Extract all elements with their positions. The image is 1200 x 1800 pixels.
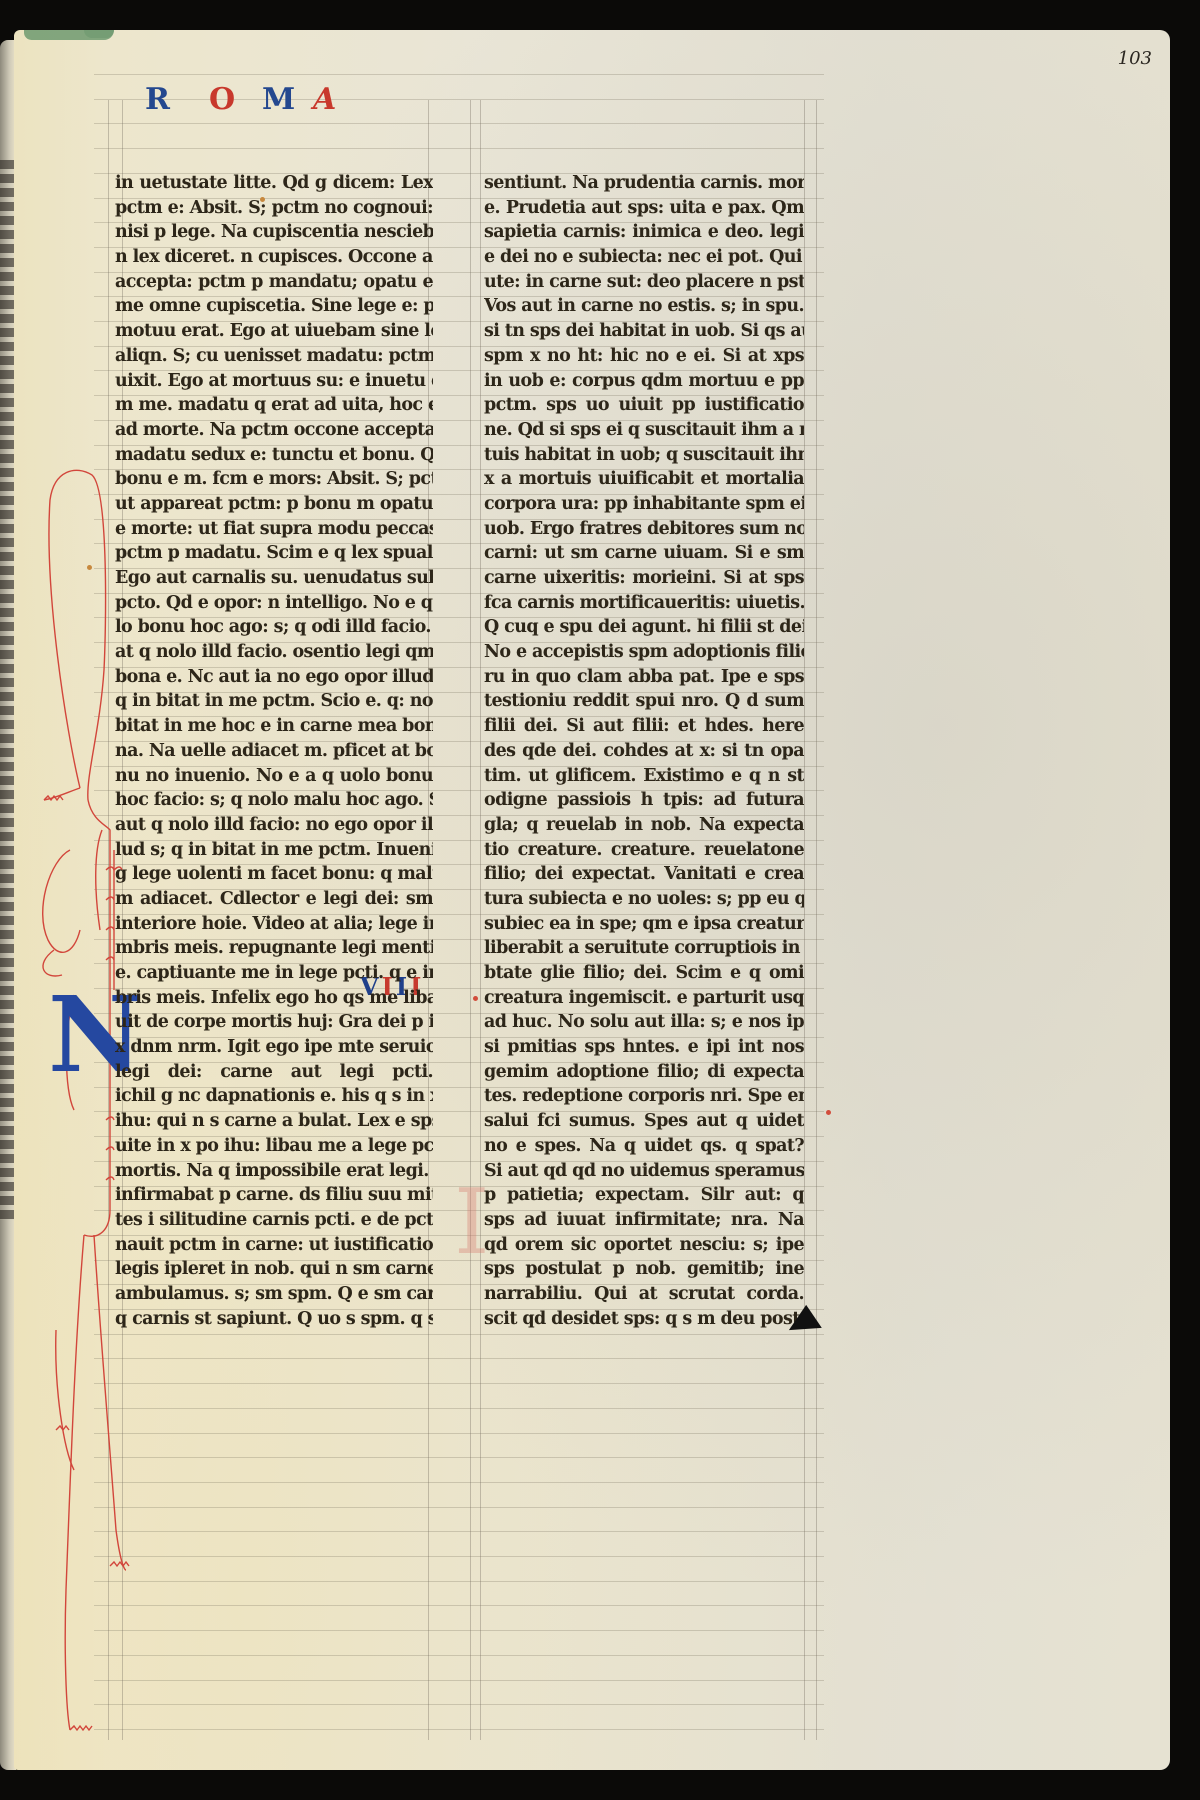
- text-line: ihu: qui n s carne a bulat. Lex e sps: [115, 1109, 433, 1134]
- ruling-line-horizontal: [94, 1556, 824, 1557]
- offset-red-letter: I: [454, 1170, 484, 1290]
- text-line: q carnis st sapiunt. Q uo s spm. q st sp…: [115, 1307, 433, 1332]
- text-line: bona e. Nc aut ia no ego opor illud set: [115, 665, 433, 690]
- text-line: narrabiliu. Qui at scrutat corda.: [484, 1282, 804, 1307]
- text-line: bonu e m. fcm e mors: Absit. S; pctm: [115, 467, 433, 492]
- text-line: p patietia; expectam. Silr aut: q: [484, 1183, 804, 1208]
- text-line: no e spes. Na q uidet qs. q spat?: [484, 1134, 804, 1159]
- text-line: gemim adoptione filio; di expecta: [484, 1060, 804, 1085]
- text-line: tes i silitudine carnis pcti. e de pcto …: [115, 1208, 433, 1233]
- running-head-letter: M: [262, 82, 295, 117]
- text-line: ad huc. No solu aut illa: s; e nos ip: [484, 1010, 804, 1035]
- text-line: tim. ut glificem. Existimo e q n st: [484, 764, 804, 789]
- text-line: si tn sps dei habitat in uob. Si qs aut: [484, 319, 804, 344]
- ochre-spot: [87, 565, 92, 570]
- text-line: n lex diceret. n cupisces. Occone aut: [115, 245, 433, 270]
- text-line: mbris meis. repugnante legi mentis me: [115, 936, 433, 961]
- running-head-letter: R: [145, 82, 170, 117]
- text-line: filio; dei expectat. Vanitati e crea: [484, 862, 804, 887]
- text-line: creatura ingemiscit. e parturit usq: [484, 986, 804, 1011]
- ruling-line-horizontal: [94, 1531, 824, 1532]
- text-line: hoc facio: s; q nolo malu hoc ago. Si: [115, 788, 433, 813]
- text-line: na. Na uelle adiacet m. pficet at bo: [115, 739, 433, 764]
- running-head: R O M A: [145, 82, 365, 122]
- text-line: Q cuq e spu dei agunt. hi filii st dei.: [484, 615, 804, 640]
- ruling-line-horizontal: [94, 1729, 824, 1730]
- text-line: lud s; q in bitat in me pctm. Inuenio: [115, 838, 433, 863]
- text-line: ichil g nc dapnationis e. his q s in x: [115, 1084, 433, 1109]
- text-line: uob. Ergo fratres debitores sum no: [484, 517, 804, 542]
- ink-blot: [787, 1304, 822, 1330]
- text-line: ut appareat pctm: p bonu m opatu: [115, 492, 433, 517]
- text-line: spm x no ht: hic no e ei. Si at xps: [484, 344, 804, 369]
- text-line: ne. Qd si sps ei q suscitauit ihm a mo: [484, 418, 804, 443]
- running-head-letter: O: [209, 82, 235, 117]
- ruling-line-horizontal: [94, 1680, 824, 1681]
- text-line: ute: in carne sut: deo placere n pst.: [484, 270, 804, 295]
- text-line: pctm p madatu. Scim e q lex spualis e.: [115, 541, 433, 566]
- text-line: aliqn. S; cu uenisset madatu: pctm re: [115, 344, 433, 369]
- text-line: legis ipleret in nob. qui n sm carne: [115, 1257, 433, 1282]
- text-line: lo bonu hoc ago: s; q odi illd facio. Si: [115, 615, 433, 640]
- ruling-line-horizontal: [94, 1408, 824, 1409]
- red-paragraph-mark: [473, 996, 478, 1001]
- text-line: qd orem sic oportet nesciu: s; ipe: [484, 1233, 804, 1258]
- text-line: scit qd desidet sps: q s m deu postulat: [484, 1307, 804, 1332]
- text-line: sapietia carnis: inimica e deo. legi: [484, 220, 804, 245]
- text-line: e morte: ut fiat supra modu peccas: [115, 517, 433, 542]
- ruling-line-horizontal: [94, 123, 824, 124]
- text-line: x dnm nrm. Igit ego ipe mte seruio: [115, 1035, 433, 1060]
- text-line: tura subiecta e no uoles: s; pp eu q: [484, 887, 804, 912]
- running-head-letter: A: [313, 82, 336, 117]
- text-line: in uetustate litte. Qd g dicem: Lex: [115, 171, 433, 196]
- text-line: tio creature. creature. reuelatone: [484, 838, 804, 863]
- text-column-right: sentiunt. Na prudentia carnis. morse. Pr…: [484, 171, 804, 1331]
- text-line: ad morte. Na pctm occone accepta per: [115, 418, 433, 443]
- ruling-line-horizontal: [94, 1358, 824, 1359]
- text-line: subiec ea in spe; qm e ipsa creatura: [484, 912, 804, 937]
- ruling-line-horizontal: [94, 1433, 824, 1434]
- text-line: Si aut qd qd no uidemus speramus:: [484, 1159, 804, 1184]
- text-line: uixit. Ego at mortuus su: e inuetu e: [115, 369, 433, 394]
- text-line: madatu sedux e: tunctu et bonu. Qd g: [115, 443, 433, 468]
- text-line: btate glie filio; dei. Scim e q omi: [484, 961, 804, 986]
- ruling-line-horizontal: [94, 1457, 824, 1458]
- text-line: in uob e: corpus qdm mortuu e pp: [484, 369, 804, 394]
- text-line: tuis habitat in uob; q suscitauit ihm: [484, 443, 804, 468]
- ruling-line-horizontal: [94, 1383, 824, 1384]
- text-line: ambulamus. s; sm spm. Q e sm carne s:: [115, 1282, 433, 1307]
- text-line: si pmitias sps hntes. e ipi int nos: [484, 1035, 804, 1060]
- text-line: at q nolo illd facio. osentio legi qm: [115, 640, 433, 665]
- text-line: nauit pctm in carne: ut iustificatio: [115, 1233, 433, 1258]
- ruling-line-horizontal: [94, 74, 824, 75]
- text-line: sps ad iuuat infirmitate; nra. Na: [484, 1208, 804, 1233]
- text-line: liberabit a seruitute corruptiois in li: [484, 936, 804, 961]
- text-line: legi dei: carne aut legi pcti.: [115, 1060, 433, 1085]
- text-line: e. Prudetia aut sps: uita e pax. Qm: [484, 196, 804, 221]
- text-line: m adiacet. Cdlector e legi dei: sm: [115, 887, 433, 912]
- text-line: mortis. Na q impossibile erat legi. in q: [115, 1159, 433, 1184]
- text-line: accepta: pctm p mandatu; opatu e: [115, 270, 433, 295]
- text-line: Vos aut in carne no estis. s; in spu.: [484, 294, 804, 319]
- manuscript-folio: 103 R O M A: [14, 30, 1170, 1770]
- ruling-line-horizontal: [94, 1507, 824, 1508]
- ruling-line-horizontal: [94, 1605, 824, 1606]
- text-column-left: in uetustate litte. Qd g dicem: Lexpctm …: [115, 171, 433, 1331]
- ruling-line-horizontal: [94, 1334, 824, 1335]
- text-line: e dei no e subiecta: nec ei pot. Qui a: [484, 245, 804, 270]
- text-line: e. captiuante me in lege pcti. q e in m: [115, 961, 433, 986]
- text-line: fca carnis mortificaueritis: uiuetis.: [484, 591, 804, 616]
- text-line: carne uixeritis: morieini. Si at sps: [484, 566, 804, 591]
- ochre-spot: [260, 197, 265, 202]
- ruling-line-horizontal: [94, 148, 824, 149]
- text-line: Ego aut carnalis su. uenudatus sub: [115, 566, 433, 591]
- ruling-line-horizontal: [94, 1630, 824, 1631]
- folio-number: 103: [1118, 48, 1152, 69]
- text-line: des qde dei. cohdes at x: si tn opa: [484, 739, 804, 764]
- text-line: x a mortuis uiuificabit et mortalia: [484, 467, 804, 492]
- text-line: uite in x po ihu: libau me a lege pcti. …: [115, 1134, 433, 1159]
- text-line: pctm e: Absit. S; pctm no cognoui:: [115, 196, 433, 221]
- text-line: pcto. Qd e opor: n intelligo. No e q uo: [115, 591, 433, 616]
- previous-leaf-text-edge: [0, 160, 14, 1220]
- text-line: tes. redeptione corporis nri. Spe em: [484, 1084, 804, 1109]
- ruling-line-horizontal: [94, 1581, 824, 1582]
- text-line: gla; q reuelab in nob. Na expecta: [484, 813, 804, 838]
- text-line: g lege uolenti m facet bonu: q malu: [115, 862, 433, 887]
- text-line: nisi p lege. Na cupiscentia nesciebu:: [115, 220, 433, 245]
- ruling-line-horizontal: [94, 1482, 824, 1483]
- text-line: me omne cupiscetia. Sine lege e: pcz: [115, 294, 433, 319]
- ruling-line-horizontal: [94, 1655, 824, 1656]
- text-line: aut q nolo illd facio: no ego opor il: [115, 813, 433, 838]
- text-line: infirmabat p carne. ds filiu suu mit: [115, 1183, 433, 1208]
- text-line: m me. madatu q erat ad uita, hoc e: [115, 393, 433, 418]
- ruling-line-horizontal: [94, 1704, 824, 1705]
- text-line: carni: ut sm carne uiuam. Si e sm: [484, 541, 804, 566]
- text-line: nu no inuenio. No e a q uolo bonu: [115, 764, 433, 789]
- text-line: filii dei. Si aut filii: et hdes. here: [484, 714, 804, 739]
- text-line: odigne passiois h tpis: ad futura: [484, 788, 804, 813]
- text-line: bitat in me hoc e in carne mea bonu.: [115, 714, 433, 739]
- text-line: No e accepistis spm adoptionis filio: [484, 640, 804, 665]
- text-line: motuu erat. Ego at uiuebam sine lege: [115, 319, 433, 344]
- text-line: uit de corpe mortis huj: Gra dei p ihz: [115, 1010, 433, 1035]
- text-line: sentiunt. Na prudentia carnis. mors: [484, 171, 804, 196]
- red-mark: [826, 1110, 831, 1115]
- text-line: q in bitat in me pctm. Scio e. q: no: [115, 689, 433, 714]
- decorated-initial: N: [48, 985, 118, 1095]
- text-line: pctm. sps uo uiuit pp iustificatio: [484, 393, 804, 418]
- text-line: interiore hoie. Video at alia; lege in: [115, 912, 433, 937]
- text-line: bris meis. Infelix ego ho qs me liba: [115, 986, 433, 1011]
- text-line: corpora ura: pp inhabitante spm ei in: [484, 492, 804, 517]
- text-line: ru in quo clam abba pat. Ipe e sps: [484, 665, 804, 690]
- text-line: salui fci sumus. Spes aut q uidet: [484, 1109, 804, 1134]
- text-line: sps postulat p nob. gemitib; ine: [484, 1257, 804, 1282]
- text-line: testioniu reddit spui nro. Q d sum: [484, 689, 804, 714]
